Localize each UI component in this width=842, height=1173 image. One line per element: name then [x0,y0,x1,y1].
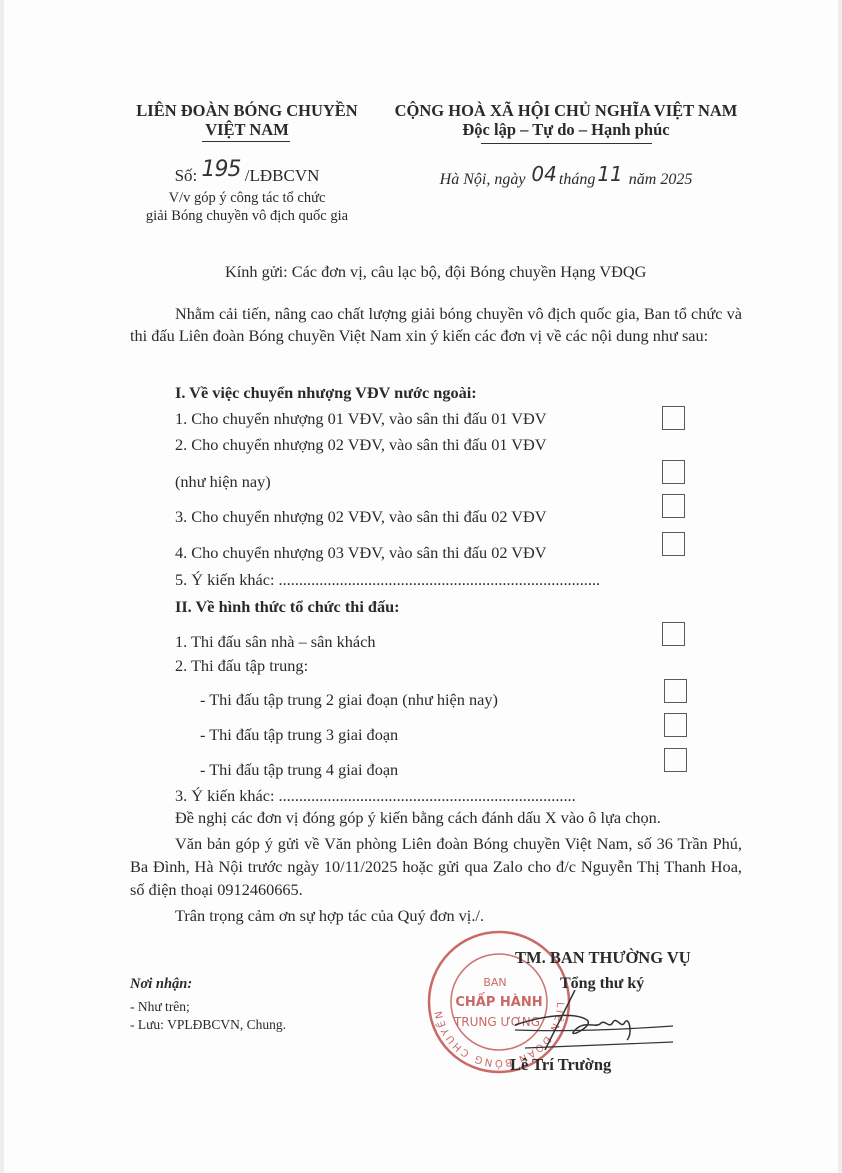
section1-title: I. Về việc chuyển nhượng VĐV nước ngoài: [175,383,477,403]
closing-submit-info: Văn bản góp ý gửi về Văn phòng Liên đoàn… [130,832,742,901]
section2-subitem-2: - Thi đấu tập trung 3 giai đoạn [200,725,398,745]
page-edge-left [0,0,4,1173]
org-name-line2: VIỆT NAM [112,120,382,140]
date-year: năm 2025 [629,171,693,188]
section2-item-1: 1. Thi đấu sân nhà – sân khách [175,632,375,652]
doc-number-suffix: /LĐBCVN [245,166,320,185]
intro-paragraph: Nhằm cải tiến, nâng cao chất lượng giải … [130,303,742,347]
section1-option-3: 3. Cho chuyển nhượng 02 VĐV, vào sân thi… [175,507,547,527]
date-prefix: Hà Nội, ngày [440,171,526,188]
section1-option-2-cont: (như hiện nay) [175,472,271,492]
document-number: Số: 195 /LĐBCVN [112,162,382,187]
nation-title: CỘNG HOÀ XÃ HỘI CHỦ NGHĨA VIỆT NAM [390,101,742,121]
section1-option-3-checkbox[interactable] [662,494,685,518]
subject-line2: giải Bóng chuyền vô địch quốc gia [112,208,382,225]
page-edge-right [838,0,842,1173]
handwritten-signature-icon [505,990,675,1060]
section1-option-1: 1. Cho chuyển nhượng 01 VĐV, vào sân thi… [175,409,547,429]
nation-motto: Độc lập – Tự do – Hạnh phúc [390,120,742,140]
svg-text:BAN: BAN [483,976,506,989]
section2-subitem-1: - Thi đấu tập trung 2 giai đoạn (như hiệ… [200,690,498,710]
doc-number-prefix: Số: [175,166,198,185]
date-day-handwritten: 04 [529,162,558,186]
receiver-item: - Lưu: VPLĐBCVN, Chung. [130,1017,286,1033]
section2-other-opinion[interactable]: 3. Ý kiến khác: ........................… [175,786,576,806]
document-date: Hà Nội, ngày 04tháng11 năm 2025 [390,165,742,189]
org-underline [202,141,290,142]
signatory-name: Lê Trí Trường [510,1055,611,1075]
section1-option-1-checkbox[interactable] [662,406,685,430]
signatory-title: TM. BAN THƯỜNG VỤ [515,948,691,968]
date-month-label: tháng [559,171,595,188]
recipient-line: Kính gửi: Các đơn vị, câu lạc bộ, đội Bó… [225,262,646,282]
section2-title: II. Về hình thức tổ chức thi đấu: [175,597,400,617]
receiver-item: - Như trên; [130,999,190,1015]
date-month-handwritten: 11 [595,162,624,186]
section1-option-4-checkbox[interactable] [662,532,685,556]
section2-item-2: 2. Thi đấu tập trung: [175,656,308,676]
closing-instruction: Đề nghị các đơn vị đóng góp ý kiến bằng … [175,808,661,828]
section1-option-2: 2. Cho chuyển nhượng 02 VĐV, vào sân thi… [175,435,547,455]
subject-line1: V/v góp ý công tác tổ chức [112,190,382,207]
section2-subitem-1-checkbox[interactable] [664,679,687,703]
section1-other-opinion[interactable]: 5. Ý kiến khác: ........................… [175,570,600,590]
section1-option-2-checkbox[interactable] [662,460,685,484]
receivers-heading: Nơi nhận: [130,976,192,993]
motto-underline [481,143,652,144]
closing-thanks: Trân trọng cảm ơn sự hợp tác của Quý đơn… [175,906,484,926]
doc-number-handwritten: 195 [202,157,241,182]
section1-option-4: 4. Cho chuyển nhượng 03 VĐV, vào sân thi… [175,543,547,563]
section2-subitem-3: - Thi đấu tập trung 4 giai đoạn [200,760,398,780]
section2-subitem-3-checkbox[interactable] [664,748,687,772]
section2-subitem-2-checkbox[interactable] [664,713,687,737]
org-name-line1: LIÊN ĐOÀN BÓNG CHUYỀN [112,101,382,121]
section2-item-1-checkbox[interactable] [662,622,685,646]
